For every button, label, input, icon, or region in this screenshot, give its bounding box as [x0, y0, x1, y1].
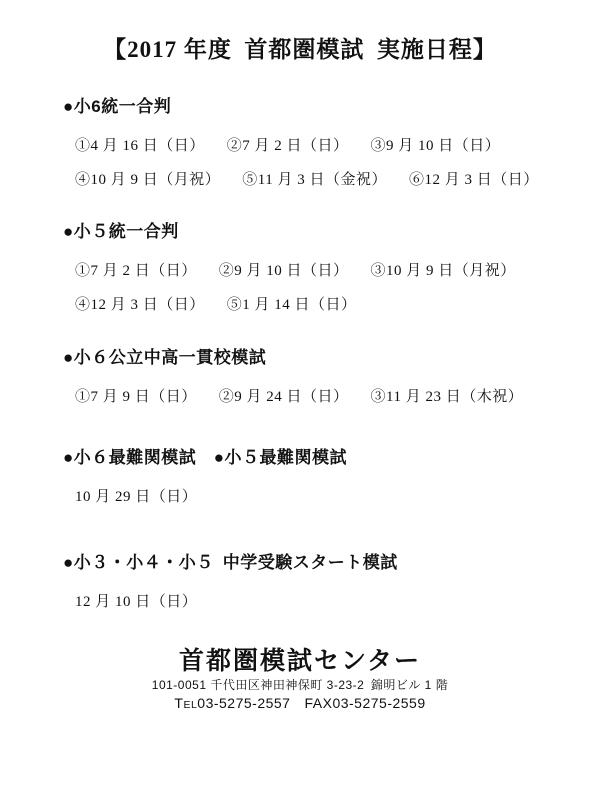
exam-date: ④12 月 3 日（日）: [75, 296, 205, 314]
fax-label: FAX: [304, 695, 332, 711]
fax-number: FAX03-5275-2559: [304, 695, 425, 713]
tel-value: 03-5275-2557: [197, 695, 290, 711]
tel-label-small: EL: [183, 697, 197, 713]
section-heading-sho6-toitsu: ●小6統一合判: [63, 97, 600, 117]
footer: 首都圏模試センター 101-0051 千代田区神田神保町 3-23-2 錦明ビル…: [0, 647, 600, 713]
date-line: ④10 月 9 日（月祝） ⑤11 月 3 日（金祝） ⑥12 月 3 日（日）: [75, 171, 600, 189]
date-line: 12 月 10 日（日）: [75, 593, 600, 611]
exam-date: 10 月 29 日（日）: [75, 488, 197, 506]
tel-label: T: [174, 695, 183, 711]
date-line: ①7 月 2 日（日） ②9 月 10 日（日） ③10 月 9 日（月祝）: [75, 262, 600, 280]
section-heading-sho5-toitsu: ●小５統一合判: [63, 222, 600, 242]
date-line: ①4 月 16 日（日） ②7 月 2 日（日） ③9 月 10 日（日）: [75, 137, 600, 155]
tel-number: TEL03-5275-2557: [174, 695, 290, 713]
exam-date: ②7 月 2 日（日）: [227, 137, 349, 155]
exam-date: ②9 月 10 日（日）: [219, 262, 349, 280]
date-line: ①7 月 9 日（日） ②9 月 24 日（日） ③11 月 23 日（木祝）: [75, 388, 600, 406]
exam-date: 12 月 10 日（日）: [75, 593, 197, 611]
exam-date: ③9 月 10 日（日）: [371, 137, 501, 155]
exam-date: ①7 月 9 日（日）: [75, 388, 197, 406]
date-line: 10 月 29 日（日）: [75, 488, 600, 506]
fax-value: 03-5275-2559: [332, 695, 425, 711]
exam-date: ③11 月 23 日（木祝）: [371, 388, 524, 406]
exam-date: ⑥12 月 3 日（日）: [409, 171, 539, 189]
exam-date: ①4 月 16 日（日）: [75, 137, 205, 155]
document-page: 【2017 年度 首都圏模試 実施日程】 ●小6統一合判 ①4 月 16 日（日…: [0, 0, 600, 795]
section-heading-sainankan: ●小６最難関模試 ●小５最難関模試: [63, 448, 600, 468]
exam-date: ⑤1 月 14 日（日）: [227, 296, 357, 314]
org-name: 首都圏模試センター: [0, 647, 600, 675]
exam-date: ⑤11 月 3 日（金祝）: [242, 171, 387, 189]
exam-date: ②9 月 24 日（日）: [219, 388, 349, 406]
exam-date: ③10 月 9 日（月祝）: [371, 262, 516, 280]
section-heading-sho6-koritsu: ●小６公立中高一貫校模試: [63, 348, 600, 368]
page-title: 【2017 年度 首都圏模試 実施日程】: [0, 36, 600, 64]
exam-date: ④10 月 9 日（月祝）: [75, 171, 220, 189]
date-line: ④12 月 3 日（日） ⑤1 月 14 日（日）: [75, 296, 600, 314]
contact-line: TEL03-5275-2557 FAX03-5275-2559: [0, 695, 600, 713]
section-heading-start-moshi: ●小３・小４・小５ 中学受験スタート模試: [63, 553, 600, 573]
exam-date: ①7 月 2 日（日）: [75, 262, 197, 280]
org-address: 101-0051 千代田区神田神保町 3-23-2 錦明ビル 1 階: [0, 678, 600, 692]
